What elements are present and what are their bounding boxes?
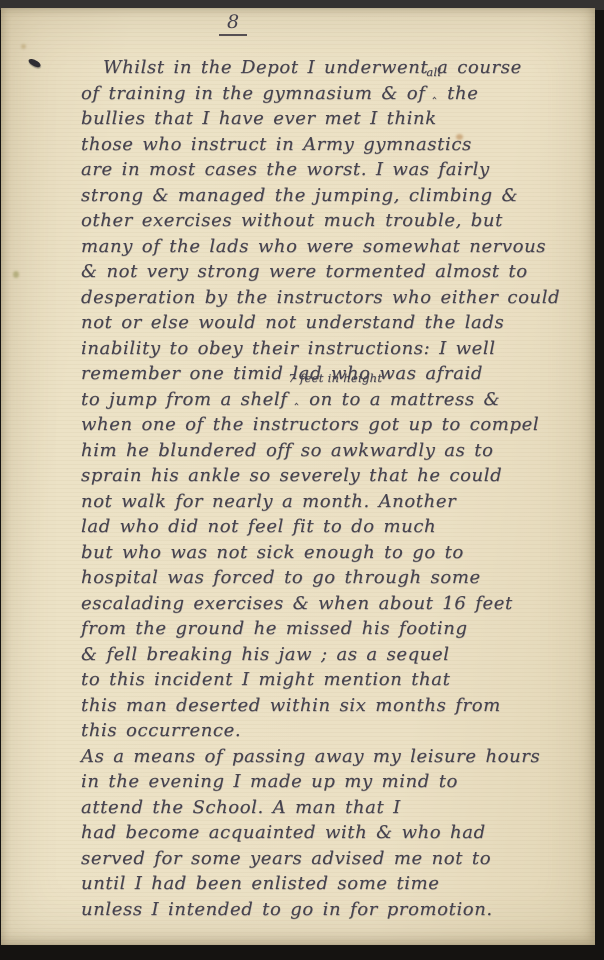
inserted-text: 7 feet in height [288, 366, 382, 392]
manuscript-line: desperation by the instructors who eithe… [81, 285, 581, 311]
manuscript-line: to this incident I might mention that [81, 667, 581, 693]
line-text-before-insertion: to jump from a shelf [81, 389, 296, 410]
manuscript-line: not or else would not understand the lad… [81, 310, 581, 336]
manuscript-page: 8 Whilst in the Depot I underwent a cour… [1, 8, 595, 945]
manuscript-line: & not very strong were tormented almost … [81, 259, 581, 285]
manuscript-line: strong & managed the jumping, climbing & [81, 183, 581, 209]
manuscript-line: escalading exercises & when about 16 fee… [81, 591, 581, 617]
manuscript-line: from the ground he missed his footing [81, 616, 581, 642]
manuscript-line: this man deserted within six months from [81, 693, 581, 719]
manuscript-line: not walk for nearly a month. Another [81, 489, 581, 515]
manuscript-line: those who instruct in Army gymnastics [81, 132, 581, 158]
ink-blot [27, 57, 41, 69]
caret-mark: ‸ [432, 80, 437, 106]
manuscript-line: hospital was forced to go through some [81, 565, 581, 591]
manuscript-line: in the evening I made up my mind to [81, 769, 581, 795]
manuscript-line: to jump from a shelf 7 feet in height‸ o… [81, 387, 581, 413]
manuscript-line: lad who did not feel fit to do much [81, 514, 581, 540]
manuscript-line: but who was not sick enough to go to [81, 540, 581, 566]
manuscript-line: of training in the gymnasium & of all‸ t… [81, 81, 581, 107]
manuscript-line: As a means of passing away my leisure ho… [81, 744, 581, 770]
page-number: 8 [219, 11, 247, 36]
manuscript-line: inability to obey their instructions: I … [81, 336, 581, 362]
manuscript-line: unless I intended to go in for promotion… [81, 897, 581, 923]
caret-mark: ‸ [294, 386, 299, 412]
line-text-after-insertion: on to a mattress & [300, 389, 500, 410]
manuscript-line: other exercises without much trouble, bu… [81, 208, 581, 234]
manuscript-line: this occurrence. [81, 718, 581, 744]
manuscript-line: sprain his ankle so severely that he cou… [81, 463, 581, 489]
manuscript-line: many of the lads who were somewhat nervo… [81, 234, 581, 260]
manuscript-line: & fell breaking his jaw ; as a sequel [81, 642, 581, 668]
manuscript-line: had become acquainted with & who had [81, 820, 581, 846]
foxing-stain [21, 44, 26, 49]
line-text-after-insertion: the [438, 83, 478, 104]
manuscript-line: when one of the instructors got up to co… [81, 412, 581, 438]
manuscript-line: served for some years advised me not to [81, 846, 581, 872]
line-text-before-insertion: of training in the gymnasium & of [81, 83, 434, 104]
manuscript-line: until I had been enlisted some time [81, 871, 581, 897]
manuscript-line: attend the School. A man that I [81, 795, 581, 821]
photo-frame: 8 Whilst in the Depot I underwent a cour… [0, 0, 604, 960]
manuscript-lines: Whilst in the Depot I underwent a course… [81, 55, 581, 922]
foxing-stain [13, 271, 19, 278]
manuscript-line: bullies that I have ever met I think [81, 106, 581, 132]
manuscript-line: him he blundered off so awkwardly as to [81, 438, 581, 464]
manuscript-line: Whilst in the Depot I underwent a course [81, 55, 581, 81]
manuscript-line: are in most cases the worst. I was fairl… [81, 157, 581, 183]
